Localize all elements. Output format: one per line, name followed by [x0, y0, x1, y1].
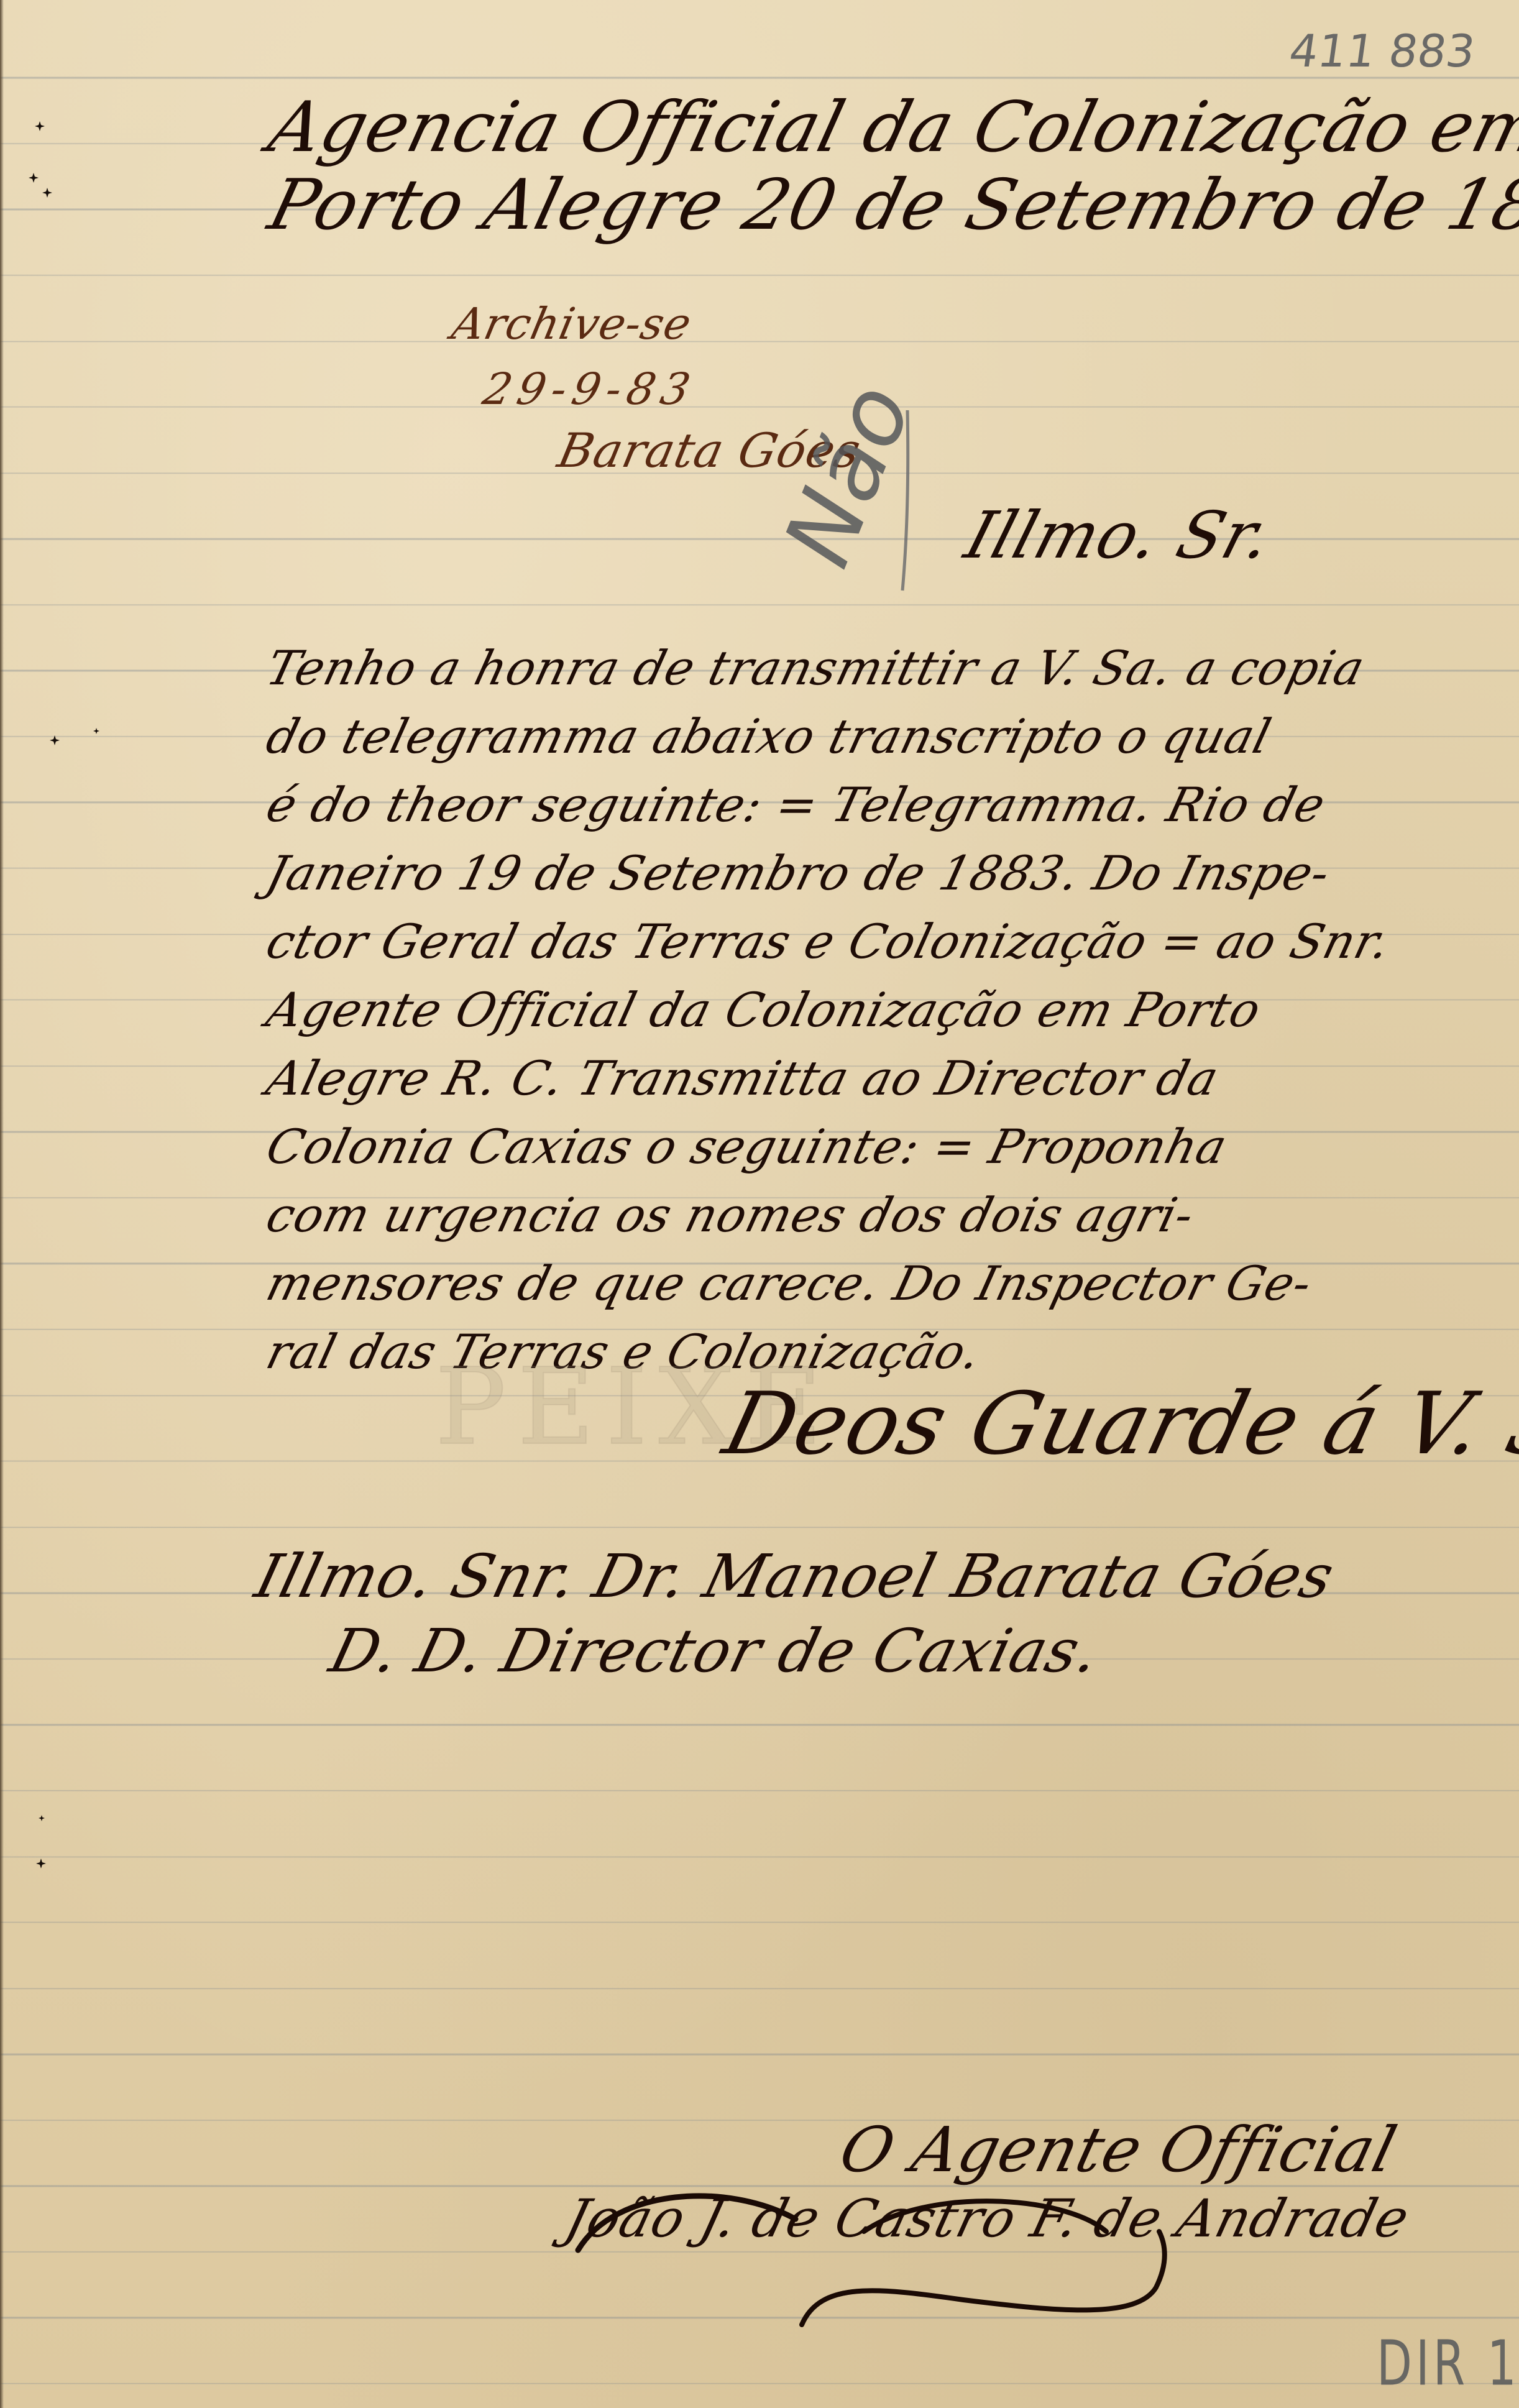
body-line-1: Tenho a honra de transmittir a V. Sa. a … [261, 640, 1370, 696]
body-line-7: Alegre R. C. Transmitta ao Director da [261, 1050, 1224, 1106]
paper-edge-shadow [0, 0, 4, 2408]
pin-hole-5 [93, 728, 99, 734]
pin-hole-2 [29, 173, 39, 183]
pin-hole-4 [50, 735, 60, 745]
body-line-4: Janeiro 19 de Setembro de 1883. Do Inspe… [261, 845, 1336, 901]
header-line-1: Agencia Official da Colonização em [261, 87, 1519, 168]
signature-name: João J. de Castro F. de Andrade [559, 2188, 1415, 2249]
body-line-2: do telegramma abaixo transcripto o qual [261, 709, 1277, 764]
header-line-2: Porto Alegre 20 de Setembro de 1883. [261, 165, 1519, 246]
salutation: Illmo. Sr. [957, 497, 1281, 573]
body-line-8: Colonia Caxias o seguinte: = Proponha [261, 1119, 1233, 1174]
addressee-line-1: Illmo. Snr. Dr. Manoel Barata Góes [249, 1542, 1341, 1611]
body-line-3: é do theor seguinte: = Telegramma. Rio d… [261, 777, 1331, 832]
pin-hole-1 [35, 121, 45, 131]
body-line-5: ctor Geral das Terras e Colonização = ao… [261, 914, 1396, 969]
signature-title: O Agente Official [833, 2113, 1403, 2186]
document-page: 411 883 DIR 1748 Agencia Official da Col… [0, 0, 1519, 2408]
body-line-6: Agente Official da Colonização em Porto [261, 982, 1267, 1037]
closing-formula: Deos Guarde á V. Sa. [715, 1374, 1519, 1474]
archive-date: 29-9-83 [479, 364, 700, 415]
pin-hole-7 [39, 1815, 45, 1821]
archive-number-top: 411 883 [1286, 25, 1479, 77]
pin-hole-3 [42, 188, 52, 198]
body-line-10: mensores de que carece. Do Inspector Ge- [261, 1256, 1318, 1311]
archive-number-bottom: DIR 1748 [1377, 2328, 1519, 2400]
archive-instruction: Archive-se [447, 298, 696, 349]
addressee-line-2: D. D. Director de Caxias. [323, 1616, 1106, 1686]
body-line-9: com urgencia os nomes dos dois agri- [261, 1187, 1200, 1243]
pin-hole-6 [36, 1859, 46, 1868]
